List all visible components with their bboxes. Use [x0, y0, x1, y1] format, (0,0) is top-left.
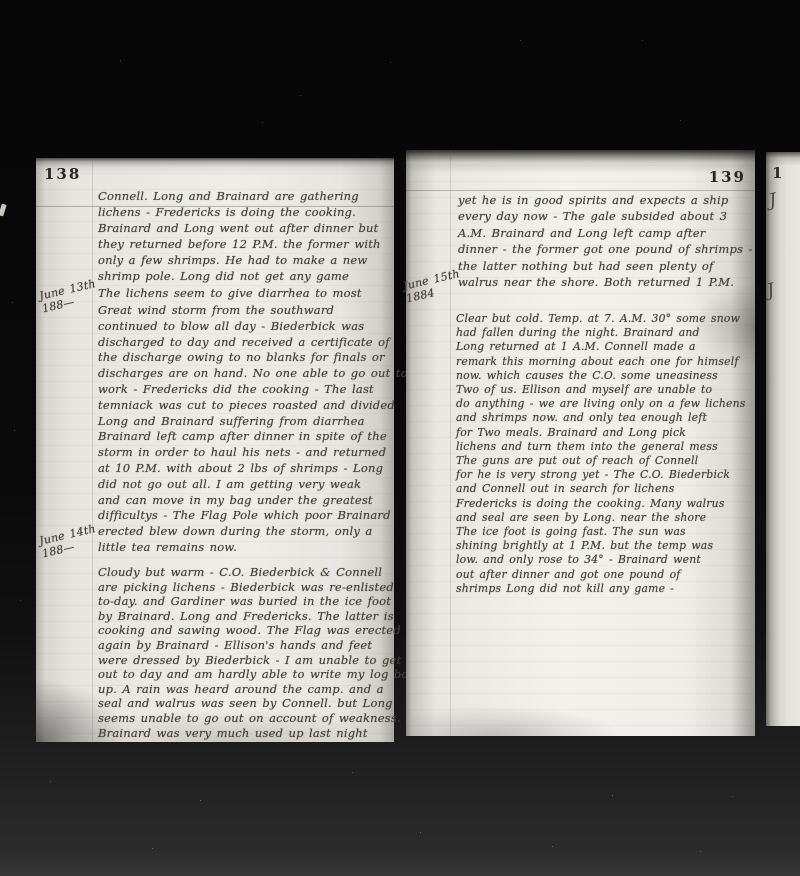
- next-page-sliver: 1 J J: [766, 152, 800, 726]
- right-page: 139 yet he is in good spirits and expect…: [406, 150, 755, 736]
- journal-entry-june-13: Great wind storm from the southward cont…: [98, 303, 408, 556]
- scanned-photo-background: { "left_page": { "page_number": "138", "…: [0, 0, 800, 876]
- photo-scene: 138 Connell. Long and Brainard are gathe…: [0, 0, 800, 876]
- next-page-margin-mark: J: [767, 190, 778, 212]
- page-number-left: 138: [44, 165, 81, 183]
- next-page-margin-mark: J: [765, 279, 776, 301]
- journal-entry-continuation-right: yet he is in good spirits and expects a …: [458, 192, 753, 290]
- paper-edge-notch: [0, 204, 7, 217]
- margin-rule-left: [92, 158, 93, 742]
- left-page: 138 Connell. Long and Brainard are gathe…: [36, 158, 394, 742]
- page-number-right: 139: [709, 168, 746, 186]
- entry-date-june-14: June 14th 188—: [38, 522, 100, 560]
- next-page-number-partial: 1: [772, 164, 782, 182]
- margin-rule-right: [450, 150, 451, 736]
- film-grain: [0, 0, 1, 1]
- journal-entry-june-14: Cloudy but warm - C.O. Biederbick & Conn…: [98, 565, 423, 740]
- entry-date-june-15: June 15th 1884: [402, 267, 464, 305]
- journal-entry-june-15: Clear but cold. Temp. at 7. A.M. 30° som…: [456, 312, 746, 596]
- entry-date-june-13: June 13th 188—: [38, 277, 100, 315]
- journal-entry-continuation-left: Connell. Long and Brainard are gathering…: [98, 188, 381, 301]
- header-rule-right: [406, 190, 755, 191]
